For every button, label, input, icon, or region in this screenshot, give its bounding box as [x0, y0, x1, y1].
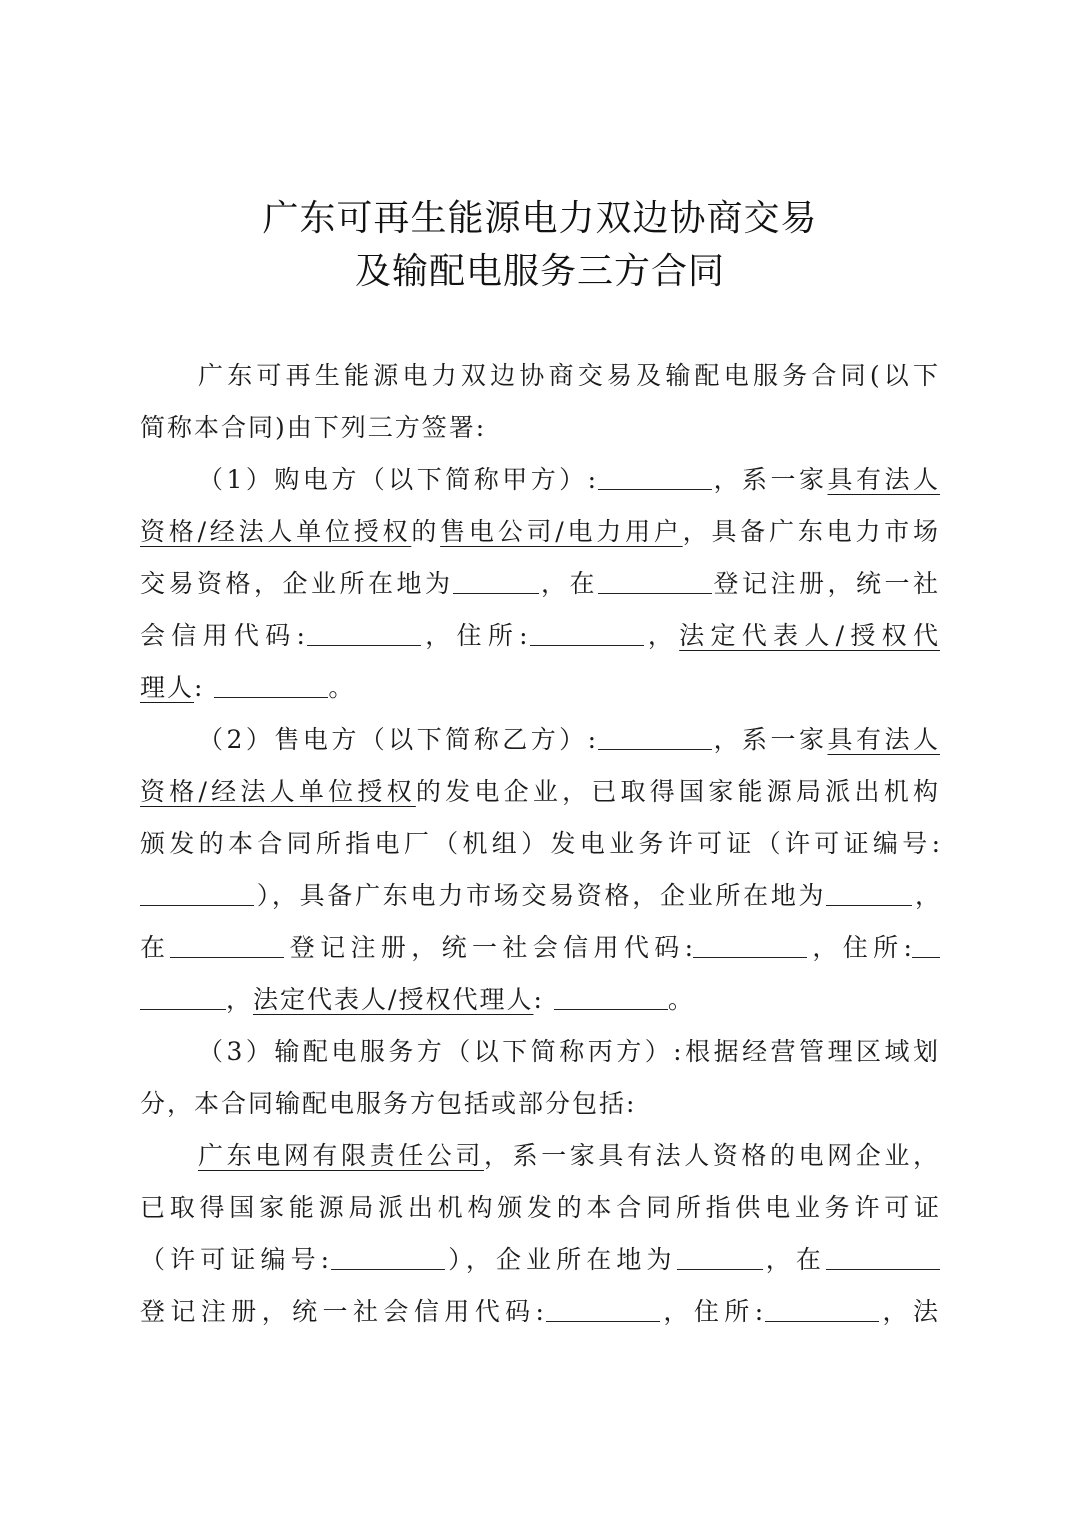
text: : [533, 985, 543, 1014]
party1-name-blank[interactable] [598, 469, 712, 490]
text: 在 [140, 933, 170, 962]
party1-location-blank[interactable] [453, 573, 539, 594]
text: 。 [668, 985, 695, 1014]
grid-line-3: （许可证编号:），企业所在地为，在 [140, 1234, 940, 1286]
grid-address-blank[interactable] [765, 1301, 879, 1322]
party2-label: （2）售电方（以下简称乙方）: [198, 725, 598, 754]
party3-line-2: 分，本合同输配电服务方包括或部分包括: [140, 1078, 940, 1130]
text: ），企业所在地为 [445, 1245, 677, 1274]
party1-credit-code-blank[interactable] [307, 625, 421, 646]
underlined-text: 法定代表人/授权代 [679, 621, 940, 650]
party1-address-blank[interactable] [530, 625, 644, 646]
text: ，在 [539, 569, 598, 598]
text: ，系一家 [712, 725, 827, 754]
party2-location-blank[interactable] [826, 885, 912, 906]
party2-license-blank[interactable] [140, 885, 254, 906]
grid-registry-blank[interactable] [826, 1249, 940, 1270]
party2-line-3: 颁发的本合同所指电厂（机组）发电业务许可证（许可证编号: [140, 818, 940, 870]
underlined-text: 法定代表人/授权代理人 [253, 985, 533, 1014]
party2-line-1: （2）售电方（以下简称乙方）:，系一家具有法人 [198, 714, 940, 766]
party1-line-5: 理人: 。 [140, 662, 940, 714]
document-title-line-2: 及输配电服务三方合同 [0, 243, 1080, 294]
text: ），具备广东电力市场交易资格，企业所在地为 [254, 881, 826, 910]
party1-line-3: 交易资格，企业所在地为，在登记注册，统一社 [140, 558, 940, 610]
underlined-text: 具有法人 [828, 465, 940, 494]
party1-label: （1）购电方（以下简称甲方）: [198, 465, 598, 494]
text: ，住所: [807, 933, 912, 962]
text: 登记注册，统一社会信用代码: [284, 933, 693, 962]
grid-license-blank[interactable] [331, 1249, 445, 1270]
underlined-text: 具有法人 [828, 725, 940, 754]
party2-address-blank-end[interactable] [140, 989, 226, 1010]
underlined-text: 资格/经法人单位授权 [140, 777, 416, 806]
party2-representative-blank[interactable] [554, 989, 668, 1010]
text: : [194, 673, 204, 702]
party2-line-5: 在登记注册，统一社会信用代码:，住所: [140, 922, 940, 974]
party3-line-1: （3）输配电服务方（以下简称丙方）:根据经营管理区域划 [198, 1026, 940, 1078]
party2-credit-code-blank[interactable] [693, 937, 807, 958]
underlined-text: 售电公司/电力用户 [440, 517, 683, 546]
party1-line-4: 会信用代码:，住所:，法定代表人/授权代 [140, 610, 940, 662]
party2-address-blank-start[interactable] [912, 937, 940, 958]
intro-line-2: 简称本合同)由下列三方签署: [140, 402, 940, 454]
text: ， [644, 621, 680, 650]
grid-line-4: 登记注册，统一社会信用代码:，住所:，法 [140, 1286, 940, 1338]
party1-registry-blank[interactable] [598, 573, 712, 594]
text: ，系一家 [712, 465, 827, 494]
party1-representative-blank[interactable] [214, 677, 328, 698]
text: ，具备广东电力市场 [683, 517, 940, 546]
text: ， [226, 985, 253, 1014]
text: ，系一家具有法人资格的电网企业， [484, 1141, 940, 1170]
party2-line-6: ，法定代表人/授权代理人: 。 [140, 974, 940, 1026]
text: ，住所: [660, 1297, 765, 1326]
underlined-text: 资格/经法人单位授权 [140, 517, 411, 546]
party2-line-4: ），具备广东电力市场交易资格，企业所在地为， [140, 870, 940, 922]
text: 登记注册，统一社会信用代码: [140, 1297, 546, 1326]
text: （许可证编号: [140, 1245, 331, 1274]
party2-line-2: 资格/经法人单位授权的发电企业，已取得国家能源局派出机构 [140, 766, 940, 818]
party1-line-1: （1）购电方（以下简称甲方）:，系一家具有法人 [198, 454, 940, 506]
party2-name-blank[interactable] [598, 729, 712, 750]
intro-line-1: 广东可再生能源电力双边协商交易及输配电服务合同(以下 [198, 350, 940, 402]
text: 的 [411, 517, 440, 546]
underlined-text: 理人 [140, 673, 194, 702]
text: ，住所: [421, 621, 530, 650]
text: 的发电企业，已取得国家能源局派出机构 [416, 777, 940, 806]
grid-line-1: 广东电网有限责任公司，系一家具有法人资格的电网企业， [198, 1130, 940, 1182]
text: 登记注册，统一社 [712, 569, 940, 598]
text: ， [912, 881, 940, 910]
text: 会信用代码: [140, 621, 307, 650]
grid-line-2: 已取得国家能源局派出机构颁发的本合同所指供电业务许可证 [140, 1182, 940, 1234]
text: ，在 [763, 1245, 826, 1274]
grid-location-blank[interactable] [677, 1249, 763, 1270]
grid-company-name: 广东电网有限责任公司 [198, 1141, 484, 1170]
text: 。 [328, 673, 355, 702]
text: 交易资格，企业所在地为 [140, 569, 453, 598]
party1-line-2: 资格/经法人单位授权的售电公司/电力用户，具备广东电力市场 [140, 506, 940, 558]
party2-registry-blank[interactable] [170, 937, 284, 958]
text: ，法 [879, 1297, 940, 1326]
document-title-line-1: 广东可再生能源电力双边协商交易 [0, 190, 1080, 241]
grid-credit-code-blank[interactable] [546, 1301, 660, 1322]
